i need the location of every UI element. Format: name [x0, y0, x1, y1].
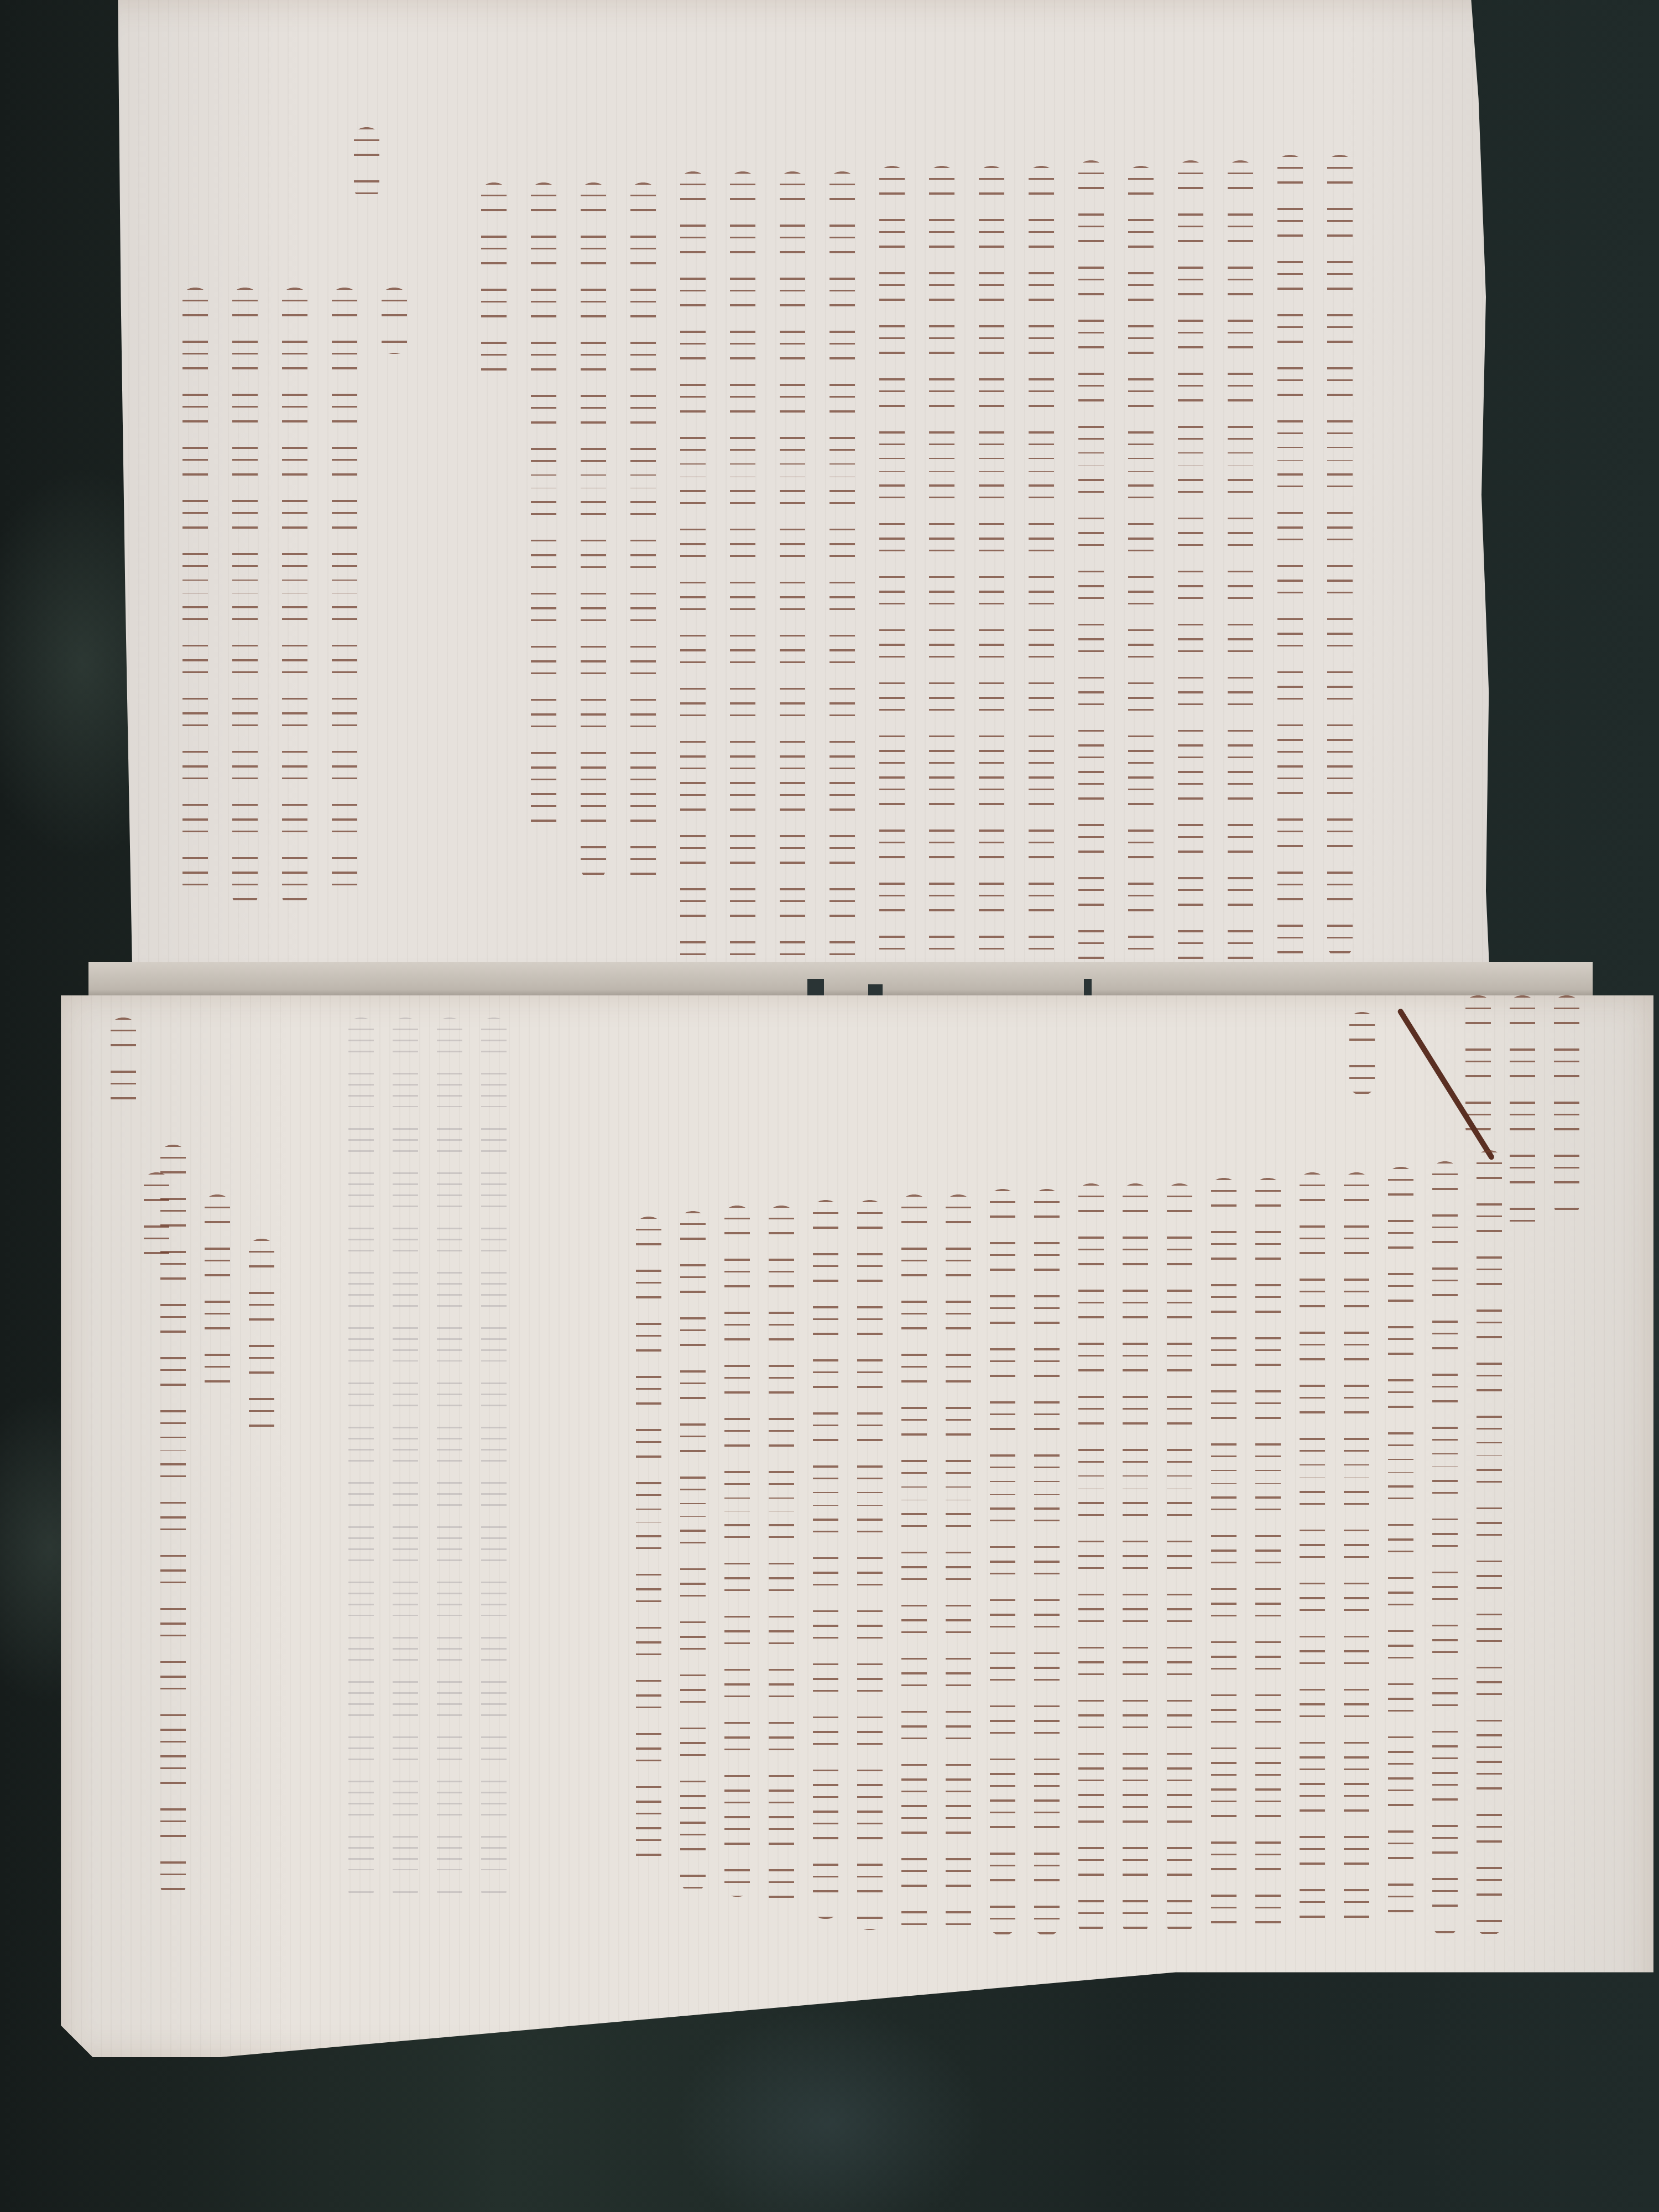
text-line	[724, 1206, 750, 1897]
text-line	[1211, 1178, 1237, 1936]
text-line	[730, 171, 755, 979]
text-line	[1344, 1172, 1369, 1936]
text-line	[1477, 1150, 1502, 1936]
text-line	[680, 1211, 706, 1891]
text-line	[830, 171, 855, 979]
bleed-through	[393, 1018, 418, 1902]
text-line	[1277, 155, 1303, 968]
text-line	[630, 182, 656, 890]
upper-page	[88, 0, 1559, 990]
signature-line	[249, 1239, 274, 1449]
bleed-through	[481, 1018, 507, 1902]
text-line	[1228, 160, 1253, 979]
heading-line	[1554, 995, 1579, 1217]
text-line	[581, 182, 606, 879]
signature-line	[144, 1172, 169, 1272]
text-line	[990, 1189, 1015, 1936]
text-line	[929, 166, 954, 979]
heading-line	[1510, 995, 1535, 1233]
lower-page	[61, 995, 1653, 2057]
text-line	[1029, 166, 1054, 984]
text-line	[901, 1194, 927, 1936]
signature-line	[205, 1194, 230, 1405]
text-line	[780, 171, 805, 979]
text-line	[1388, 1167, 1413, 1936]
text-line	[680, 171, 706, 979]
bleed-through	[348, 1018, 374, 1902]
text-line	[1327, 155, 1353, 957]
text-line	[1167, 1183, 1192, 1936]
text-line	[531, 182, 556, 835]
text-line	[182, 288, 208, 896]
text-line	[979, 166, 1004, 984]
text-line	[636, 1217, 661, 1880]
text-line	[1034, 1189, 1060, 1936]
bleed-through	[437, 1018, 462, 1902]
signature-line	[111, 1018, 136, 1117]
text-line	[1123, 1183, 1148, 1936]
text-line	[232, 288, 258, 907]
text-line	[857, 1200, 883, 1930]
text-line	[382, 288, 407, 354]
text-line	[1255, 1178, 1281, 1936]
text-line	[354, 127, 379, 199]
text-line	[481, 182, 507, 393]
text-line	[879, 166, 905, 979]
text-line	[1432, 1161, 1458, 1936]
text-line	[1078, 1183, 1104, 1936]
margin-note	[1349, 1012, 1375, 1095]
text-line	[946, 1194, 971, 1936]
text-line	[769, 1206, 794, 1908]
text-line	[813, 1200, 838, 1919]
text-line	[1178, 160, 1203, 979]
text-line	[1300, 1172, 1325, 1936]
text-line	[282, 288, 307, 907]
text-line	[1128, 166, 1154, 984]
text-line	[1078, 160, 1104, 979]
text-line	[332, 288, 357, 896]
